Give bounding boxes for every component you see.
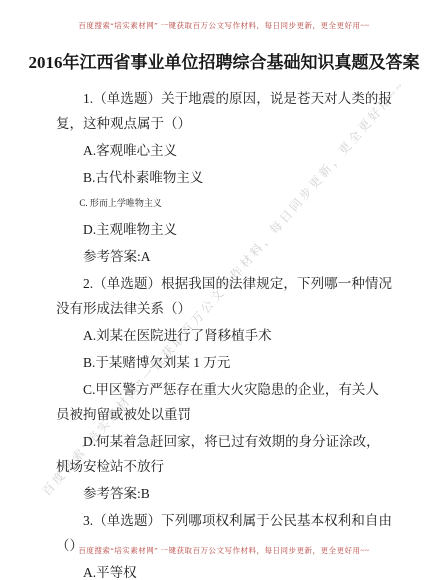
question-1-stem: 1.（单选题）关于地震的原因，说是苍天对人类的报复，这种观点属于（） — [56, 86, 392, 136]
question-2-option-a: A.刘某在医院进行了肾移植手术 — [56, 323, 392, 348]
question-2-option-d: D.何某着急赶回家，将已过有效期的身分证涂改，机场安检站不放行 — [56, 429, 392, 479]
question-1: 1.（单选题）关于地震的原因，说是苍天对人类的报复，这种观点属于（） A.客观唯… — [56, 86, 392, 269]
question-2-option-b: B.于某赌博欠刘某 1 万元 — [56, 350, 392, 375]
document-page: 百度搜索“培实素材网”一键获取百万公文写作材料，每日同步更新，更全更好用~~ 百… — [0, 0, 448, 580]
question-1-option-c: C. 形而上学唯物主义 — [56, 192, 392, 215]
question-3-option-a: A.平等权 — [56, 560, 392, 580]
question-2-stem: 2.（单选题）根据我国的法律规定，下列哪一种情况没有形成法律关系（） — [56, 271, 392, 321]
question-1-option-b: B.古代朴素唯物主义 — [56, 165, 392, 190]
question-2-answer: 参考答案:B — [56, 481, 392, 506]
footer-promo-note: 百度搜索“培实素材网” 一键获取百万公文写作材料，每日同步更新，更全更好用~~ — [0, 545, 448, 556]
document-title: 2016年江西省事业单位招聘综合基础知识真题及答案 — [28, 50, 420, 76]
questions-area: 1.（单选题）关于地震的原因，说是苍天对人类的报复，这种观点属于（） A.客观唯… — [56, 86, 392, 580]
header-promo-note: 百度搜索“培实素材网” 一键获取百万公文写作材料，每日同步更新，更全更好用~~ — [0, 20, 448, 31]
question-2-option-c: C.甲区警方严惩存在重大火灾隐患的企业，有关人员被拘留或被处以重罚 — [56, 377, 392, 427]
question-2: 2.（单选题）根据我国的法律规定，下列哪一种情况没有形成法律关系（） A.刘某在… — [56, 271, 392, 506]
question-1-option-a: A.客观唯心主义 — [56, 138, 392, 163]
question-1-option-d: D.主观唯物主义 — [56, 217, 392, 242]
document-body: 2016年江西省事业单位招聘综合基础知识真题及答案 1.（单选题）关于地震的原因… — [0, 50, 448, 580]
question-1-answer: 参考答案:A — [56, 244, 392, 269]
